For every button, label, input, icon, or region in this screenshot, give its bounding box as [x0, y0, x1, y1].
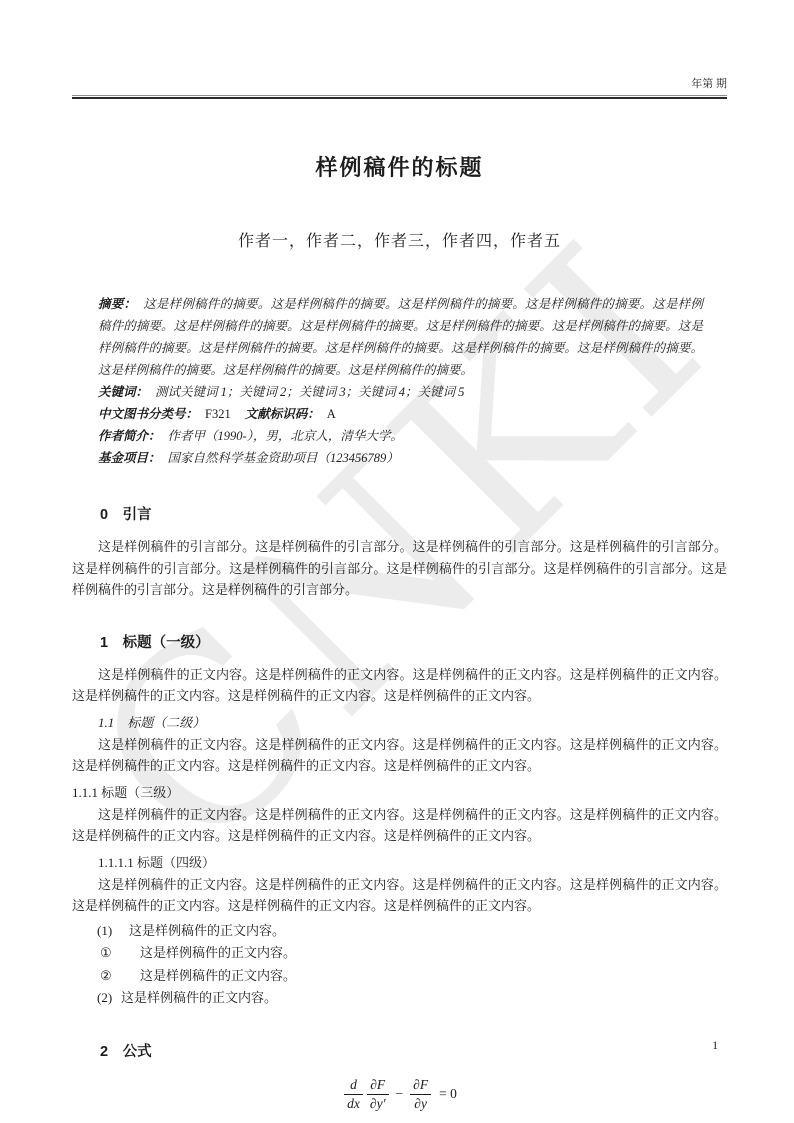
heading-level1: 1 标题（一级） — [72, 631, 727, 652]
keywords-line: 关键词：测试关键词 1；关键词 2；关键词 3；关键词 4；关键词 5 — [98, 381, 703, 403]
meta-block: 摘要：这是样例稿件的摘要。这是样例稿件的摘要。这是样例稿件的摘要。这是样例稿件的… — [98, 293, 703, 469]
denominator: ∂y — [410, 1095, 431, 1112]
denominator: dx — [344, 1095, 363, 1112]
minus-operator: − — [396, 1086, 404, 1102]
authors-line: 作者一，作者二，作者三，作者四，作者五 — [72, 228, 727, 251]
doc-code-value: A — [327, 407, 336, 421]
doc-code-label: 文献标识码： — [245, 407, 320, 421]
page-content: 年第 期 样例稿件的标题 作者一，作者二，作者三，作者四，作者五 摘要：这是样例… — [0, 0, 794, 1112]
keywords-text: 测试关键词 1；关键词 2；关键词 3；关键词 4；关键词 5 — [155, 385, 464, 399]
fund-text: 国家自然科学基金资助项目（123456789） — [168, 451, 399, 465]
list-marker: ② — [97, 965, 140, 988]
list-item: (2)这是样例稿件的正文内容。 — [72, 987, 727, 1010]
heading-level3: 1.1.1 标题（三级） — [72, 782, 727, 801]
abstract-text: 这是样例稿件的摘要。这是样例稿件的摘要。这是样例稿件的摘要。这是样例稿件的摘要。… — [98, 297, 703, 377]
bio-text: 作者甲（1990-），男，北京人，清华大学。 — [168, 429, 403, 443]
clc-label: 中文图书分类号： — [98, 407, 198, 421]
author-bio-line: 作者简介：作者甲（1990-），男，北京人，清华大学。 — [98, 425, 703, 447]
list-text: 这是样例稿件的正文内容。 — [140, 945, 296, 960]
body-paragraph-4: 这是样例稿件的正文内容。这是样例稿件的正文内容。这是样例稿件的正文内容。这是样例… — [72, 874, 727, 917]
heading-level4: 1.1.1.1 标题（四级） — [72, 852, 727, 871]
heading-level2: 1.1 标题（二级） — [72, 712, 727, 731]
classification-line: 中文图书分类号：F321文献标识码：A — [98, 403, 703, 425]
list-text: 这是样例稿件的正文内容。 — [129, 923, 285, 938]
list-marker: ① — [97, 942, 140, 965]
abstract-label: 摘要： — [98, 297, 136, 311]
bio-label: 作者简介： — [98, 429, 161, 443]
body-paragraph-2: 这是样例稿件的正文内容。这是样例稿件的正文内容。这是样例稿件的正文内容。这是样例… — [72, 734, 727, 777]
clc-value: F321 — [205, 407, 231, 421]
denominator: ∂y′ — [367, 1095, 389, 1112]
fraction-dF-dyprime: ∂F ∂y′ — [367, 1077, 389, 1112]
keywords-label: 关键词： — [98, 385, 148, 399]
article-title: 样例稿件的标题 — [72, 151, 727, 182]
heading-formula: 2 公式 — [72, 1040, 727, 1061]
fund-line: 基金项目：国家自然科学基金资助项目（123456789） — [98, 447, 703, 469]
body-paragraph-1: 这是样例稿件的正文内容。这是样例稿件的正文内容。这是样例稿件的正文内容。这是样例… — [72, 664, 727, 707]
document-page: CNKI 年第 期 样例稿件的标题 作者一，作者二，作者三，作者四，作者五 摘要… — [0, 0, 794, 1123]
numerator: d — [344, 1077, 363, 1095]
list-text: 这是样例稿件的正文内容。 — [140, 968, 296, 983]
fraction-dF-dy: ∂F ∂y — [410, 1077, 431, 1112]
introduction-paragraph: 这是样例稿件的引言部分。这是样例稿件的引言部分。这是样例稿件的引言部分。这是样例… — [72, 536, 727, 601]
header-rule — [72, 95, 727, 99]
equals-zero: = 0 — [439, 1086, 457, 1102]
list-item: (1)这是样例稿件的正文内容。 — [72, 920, 727, 943]
fund-label: 基金项目： — [98, 451, 161, 465]
list-item: ①这是样例稿件的正文内容。 — [72, 942, 727, 965]
abstract-line: 摘要：这是样例稿件的摘要。这是样例稿件的摘要。这是样例稿件的摘要。这是样例稿件的… — [98, 293, 703, 381]
numerator: ∂F — [367, 1077, 389, 1095]
list-item: ②这是样例稿件的正文内容。 — [72, 965, 727, 988]
list-marker: (2) — [97, 987, 121, 1010]
page-number: 1 — [712, 1040, 718, 1052]
equation: d dx ∂F ∂y′ − ∂F ∂y = 0 — [72, 1077, 727, 1112]
numerator: ∂F — [410, 1077, 431, 1095]
body-paragraph-3: 这是样例稿件的正文内容。这是样例稿件的正文内容。这是样例稿件的正文内容。这是样例… — [72, 804, 727, 847]
issue-info: 年第 期 — [691, 78, 727, 90]
journal-header: 年第 期 — [72, 76, 727, 92]
heading-introduction: 0 引言 — [72, 503, 727, 524]
list-marker: (1) — [97, 920, 129, 943]
list-text: 这是样例稿件的正文内容。 — [121, 990, 277, 1005]
numbered-list: (1)这是样例稿件的正文内容。 ①这是样例稿件的正文内容。 ②这是样例稿件的正文… — [72, 920, 727, 1010]
fraction-d-dx: d dx — [344, 1077, 363, 1112]
